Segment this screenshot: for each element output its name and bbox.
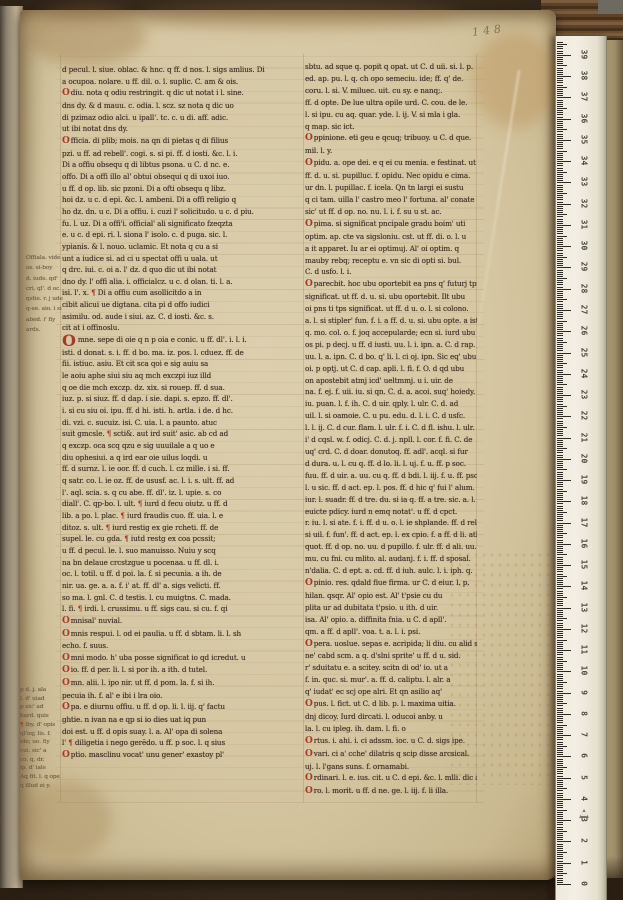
ruler-tick: [557, 274, 563, 275]
measuring-ruler: 0123456789101112131415161718192021222324…: [555, 36, 607, 900]
ruler-tick: [557, 822, 563, 823]
ruler-tick: [557, 612, 563, 613]
ruler-tick: [557, 520, 563, 521]
margin-note-line: abed. i' fiy: [26, 315, 64, 325]
ruler-tick: [557, 174, 563, 175]
ruler-tick: [557, 552, 563, 553]
ruler-tick: [557, 661, 567, 662]
text-line: Opinio. res. qdald fiue firma. ur C. d e…: [305, 577, 477, 590]
ruler-tick: [557, 134, 563, 135]
text-line: Omnis respui. l. od ei paulia. u ff. d s…: [62, 628, 305, 641]
margin-note-line: p d. j. ala: [20, 686, 68, 695]
text-line: uu. l. a. ipn. C. d bo. q' li. l. ci oj.…: [305, 351, 477, 363]
ruler-tick: [557, 123, 563, 124]
rubric-paraph-mark: ¶: [68, 738, 72, 747]
ruler-tick: [557, 161, 571, 162]
text-line: pecuia ih. f. al' e ibi i lra oio.: [62, 690, 305, 702]
ruler-cm-number: 11: [580, 641, 589, 659]
ruler-tick: [557, 580, 563, 581]
ruler-tick: [557, 844, 563, 845]
ruler-cm-number: 2: [580, 832, 589, 850]
ruler-tick: [557, 310, 571, 311]
text-line: unt a iudice si. ad ci u spectat offi u …: [62, 253, 305, 265]
ruler-tick: [557, 571, 563, 572]
ruler-tick: [557, 854, 563, 855]
ruler-tick: [557, 229, 563, 230]
ruler-tick: [557, 93, 563, 94]
ruler-tick: [557, 593, 563, 594]
ruler-tick: [557, 605, 563, 606]
text-line: la. l. cu ipleg. ih. dam. l. fi. o: [305, 723, 477, 735]
margin-note-line: ¶ iby. d' opis: [20, 721, 68, 730]
ruler-tick: [557, 325, 563, 326]
ruler-tick: [557, 448, 567, 449]
ruler-cm-number: 3: [580, 811, 589, 829]
ruler-tick: [557, 867, 563, 868]
text-line: cibit alicui ue digtana. cita pi d offo …: [62, 299, 305, 311]
text-line: echo. f. suus.: [62, 640, 305, 652]
ruler-tick: [557, 78, 563, 79]
ruler-tick: [557, 306, 563, 307]
ruler-tick: [557, 212, 563, 213]
ruler-tick: [557, 631, 563, 632]
text-line: ghtie. n ivan na e qp si io dies uat iq …: [62, 714, 305, 726]
ruler-tick: [557, 554, 567, 555]
ruler-tick: [557, 640, 567, 641]
ruler-tick: [557, 112, 563, 113]
ruler-tick: [557, 163, 563, 164]
ruler-tick: [557, 182, 571, 183]
ruler-tick: [557, 686, 563, 687]
text-line: Ortus. i. ahi. i. ci adssm. ioc. u C. d.…: [305, 735, 477, 748]
rubric-paraph-mark: ¶: [78, 604, 82, 613]
text-line: di. vzi. c. sucuiz. isi. C. uia. l. a pa…: [62, 417, 305, 429]
text-line: iur. l. suadr. ff. d tre. du. si ia q. f…: [305, 494, 477, 506]
ruler-tick: [557, 393, 563, 394]
text-line: q satr. co. l. ie oz. ff. de ususf. ac. …: [62, 475, 305, 487]
rubric-initial: O: [305, 773, 313, 783]
ruler-tick: [557, 223, 563, 224]
rubric-initial: O: [305, 158, 313, 168]
ruler-tick: [557, 535, 563, 536]
ruler-tick: [557, 816, 563, 817]
ruler-tick: [557, 671, 571, 672]
ruler-tick: [557, 665, 563, 666]
ruler-tick: [557, 565, 571, 566]
ruler-tick: [557, 210, 563, 211]
text-line: Omnisal' nuvial.: [62, 615, 305, 628]
ruler-tick: [557, 790, 563, 791]
ruler-tick: [557, 110, 563, 111]
ruler-tick: [557, 293, 563, 294]
ruler-tick: [557, 652, 563, 653]
ruler-tick: [557, 693, 571, 694]
margin-note-line: p sic' ad: [20, 703, 68, 712]
ruler-tick: [557, 756, 571, 757]
text-line: hoi dz. u c. d epi. &c. l. ambeni. Di a …: [62, 194, 305, 206]
ruler-tick: [557, 399, 563, 400]
ruler-tick: [557, 469, 567, 470]
ruler-tick: [557, 131, 563, 132]
ruler-tick: [557, 863, 571, 864]
ruler-tick: [557, 663, 563, 664]
ruler-cm-number: 22: [580, 407, 589, 425]
ruler-tick: [557, 801, 563, 802]
margin-note-line: l. d' uiad: [20, 695, 68, 704]
ruler-tick: [557, 529, 563, 530]
ruler-tick: [557, 227, 563, 228]
ruler-tick: [557, 701, 563, 702]
ruler-tick: [557, 114, 563, 115]
text-line: optim. ap. cte va sigsloniu. cst. ut ff.…: [305, 231, 477, 243]
ruler-tick: [557, 850, 563, 851]
ruler-tick: [557, 531, 563, 532]
text-line: diall'. C. qp-bo. l. ult. ¶ iurd d fecu …: [62, 498, 305, 510]
ruler-tick: [557, 450, 563, 451]
ruler-tick: [557, 238, 563, 239]
ruler-cm-number: 4: [580, 789, 589, 807]
ruler-cm-number: 6: [580, 747, 589, 765]
ruler-tick: [557, 795, 563, 796]
manuscript-photo: 148 d pecul. l. siue. oblac. & hnc. q ff…: [0, 0, 623, 900]
ruler-tick: [557, 146, 563, 147]
ruler-tick: [557, 878, 563, 879]
text-line: nir. ua. ge. a. a. f. i' at. ff. dl' a. …: [62, 580, 305, 592]
ruler-tick: [557, 752, 563, 753]
ruler-tick: [557, 297, 563, 298]
text-line: Officia. di plib; mois. na qn di pietas …: [62, 135, 305, 148]
ruler-tick: [557, 46, 563, 47]
ruler-tick: [557, 803, 563, 804]
ruler-tick: [557, 452, 563, 453]
ruler-tick: [557, 778, 571, 779]
ruler-tick: [557, 516, 563, 517]
ruler-cm-number: 39: [580, 45, 589, 63]
ruler-tick: [557, 610, 563, 611]
ruler-tick: [557, 869, 563, 870]
text-line: mu. cu fni. cu mlito. al. audanj. f. i. …: [305, 553, 477, 565]
ruler-tick: [557, 197, 563, 198]
ruler-tick: [557, 550, 563, 551]
text-line: mil. l. y.: [305, 145, 477, 157]
ruler-tick: [557, 148, 563, 149]
ruler-tick: [557, 136, 563, 137]
ruler-tick: [557, 100, 563, 101]
ruler-tick: [557, 841, 571, 842]
ruler-tick: [557, 444, 563, 445]
ruler-tick: [557, 187, 563, 188]
ruler-tick: [557, 465, 563, 466]
ruler-tick: [557, 65, 567, 66]
text-line: iu. puan. l. f. ih. C. d uir. qply. l. u…: [305, 398, 477, 410]
ruler-tick: [557, 195, 563, 196]
text-line: q oe die mch exczp. dz. xix. si rouep. f…: [62, 382, 305, 394]
ruler-tick: [557, 727, 563, 728]
ruler-tick: [557, 308, 563, 309]
ruler-cm-number: 20: [580, 449, 589, 467]
ruler-tick: [557, 703, 567, 704]
ruler-tick: [557, 253, 563, 254]
ruler-tick: [557, 418, 563, 419]
ruler-tick: [557, 463, 563, 464]
ruler-tick: [557, 559, 563, 560]
ruler-tick: [557, 357, 563, 358]
ruler-tick: [557, 880, 563, 881]
ruler-tick: [557, 501, 571, 502]
ruler-tick: [557, 446, 563, 447]
ruler-tick: [557, 410, 563, 411]
ruler-tick: [557, 705, 563, 706]
rubric-initial: O: [62, 665, 70, 675]
rubric-paraph-mark: ¶: [107, 429, 111, 438]
ruler-tick: [557, 875, 563, 876]
text-line: Di a offiu obsequ q di libtus psona. u C…: [62, 159, 305, 171]
text-line: di pzimaz odio alci. u ipall'. tc. c. u …: [62, 112, 305, 124]
margin-note-line: Offiala. vide: [26, 253, 64, 263]
ruler-tick: [557, 384, 567, 385]
ruler-tick: [557, 735, 571, 736]
ruler-tick: [557, 835, 563, 836]
ruler-tick: [557, 544, 571, 545]
ruler-tick: [557, 771, 563, 772]
text-line: i' d cqsl. w. f. odicj. C. d. j. npll. l…: [305, 434, 477, 446]
ruler-tick: [557, 635, 563, 636]
ruler-tick: [557, 414, 563, 415]
ruler-tick: [557, 797, 563, 798]
ruler-tick: [557, 856, 563, 857]
ruler-tick: [557, 763, 563, 764]
ruler-tick: [557, 831, 567, 832]
text-line: cit at i offinoslu.: [62, 322, 305, 334]
text-line: uj. l. l'gans suns. f. ornamabi.: [305, 761, 477, 773]
ruler-tick: [557, 257, 567, 258]
ruler-tick: [557, 425, 563, 426]
rubric-initial: O: [305, 639, 313, 649]
ruler-tick: [557, 333, 563, 334]
ruler-tick: [557, 695, 563, 696]
text-line: d dura. u. l. cu q. ff. d lo. li. l. uj.…: [305, 458, 477, 470]
ruler-tick: [557, 261, 563, 262]
ruler-tick: [557, 457, 563, 458]
ruler-tick: [557, 646, 563, 647]
ruler-tick: [557, 459, 571, 460]
ruler-tick: [557, 788, 567, 789]
ruler-tick: [557, 508, 563, 509]
ruler-tick: [557, 776, 563, 777]
ruler-cm-number: 36: [580, 109, 589, 127]
parchment-stain: [22, 780, 112, 860]
text-line: fuu. ff. d uir. a. uu. cu q. ff. d bdi. …: [305, 470, 477, 482]
ruler-tick: [557, 754, 563, 755]
margin-note-line: ards.: [26, 325, 64, 335]
ruler-tick: [557, 263, 563, 264]
text-line: qm. a ff. d apll'. voa. t. a. l. i. psi.: [305, 626, 477, 638]
ruler-tick: [557, 42, 563, 43]
ruler-tick: [557, 367, 563, 368]
ruler-tick: [557, 472, 563, 473]
ruler-tick: [557, 389, 563, 390]
text-line: l. l. ij. C. d cur. flam. l. ulr. f. i. …: [305, 422, 477, 434]
ruler-tick: [557, 68, 563, 69]
ruler-tick: [557, 784, 563, 785]
ruler-tick: [557, 259, 563, 260]
ruler-tick: [557, 59, 563, 60]
text-column-right: sbtu. ad sque q. popit q opat. ut C. d u…: [305, 61, 477, 799]
ruler-tick: [557, 51, 563, 52]
ruler-tick: [557, 265, 563, 266]
ruler-tick: [557, 812, 563, 813]
ruler-tick: [557, 108, 567, 109]
ruler-tick: [557, 833, 563, 834]
ruler-tick: [557, 314, 563, 315]
ruler-tick: [557, 676, 563, 677]
margin-note-line: q illud ei y.: [20, 782, 68, 791]
ruler-tick: [557, 191, 563, 192]
ruler-tick: [557, 189, 563, 190]
ruler-tick: [557, 629, 571, 630]
text-line: Opidu. a. ope dei. e q ei cu menia. e fe…: [305, 157, 477, 170]
rubric-paraph-mark: ¶: [20, 722, 24, 728]
rubric-initial: O: [62, 653, 70, 663]
margin-note-line: cui. sic' a: [20, 747, 68, 756]
ruler-cm-number: 1: [580, 853, 589, 871]
ruler-tick: [557, 178, 563, 179]
text-line: i. si cu siu oi. ipu. ff. d hi. isti. h.…: [62, 405, 305, 417]
ruler-tick: [557, 348, 563, 349]
text-line: hilan. qsqr. Al' opio est. Al' t'psie cu…: [305, 590, 477, 602]
text-line: lib. a po. l. plac. ¶ iurd fraudis cuo. …: [62, 510, 305, 522]
ruler-tick: [557, 603, 563, 604]
ruler-tick: [557, 546, 563, 547]
ruler-tick: [557, 250, 563, 251]
text-line: asimilu. od. aude i siui. az. C. d iosti…: [62, 311, 305, 323]
ruler-tick: [557, 287, 563, 288]
text-line: ff. d. u. si. pupilluc. f. opidu. Nec op…: [305, 170, 477, 182]
ruler-tick: [557, 839, 563, 840]
ruler-tick: [557, 542, 563, 543]
ruler-tick: [557, 810, 567, 811]
ruler-tick: [557, 165, 563, 166]
ruler-tick: [557, 467, 563, 468]
ruler-tick: [557, 359, 563, 360]
text-line: Oio. ff. d per. li. l. si por ih. a ith.…: [62, 664, 305, 677]
ruler-tick: [557, 497, 563, 498]
ruler-tick: [557, 70, 563, 71]
ruler-tick: [557, 729, 563, 730]
margin-note-upper: Offiala. videos. si-boyd. iude. qd'cri. …: [26, 253, 64, 335]
ruler-tick: [557, 824, 563, 825]
margin-note-line: ql'oq; lis. f.: [20, 730, 68, 739]
ruler-tick: [557, 140, 571, 141]
ruler-tick: [557, 97, 571, 98]
ruler-tick: [557, 316, 563, 317]
ruler-tick: [557, 455, 563, 456]
ruler-tick: [557, 202, 563, 203]
ruler-tick: [557, 525, 563, 526]
margin-note-line: ip. d' iale: [20, 764, 68, 773]
ruler-tick: [557, 284, 563, 285]
text-line: suit gmcsle. ¶ scti&. aut ird suit' asic…: [62, 428, 305, 440]
ruler-tick: [557, 688, 563, 689]
rubric-initial: O: [305, 279, 313, 289]
ruler-tick: [557, 733, 563, 734]
text-line: uil. l. si oamoie. C. u pu. edu. d. l. i…: [305, 410, 477, 422]
ruler-tick: [557, 344, 563, 345]
ruler-tick: [557, 401, 563, 402]
ruler-tick: [557, 376, 563, 377]
text-line: ditoz. s. ult. ¶ iurd restig ex gie rche…: [62, 522, 305, 534]
ruler-tick: [557, 206, 563, 207]
margin-note-line: hard. quis: [20, 712, 68, 721]
ruler-tick: [557, 659, 563, 660]
ruler-cm-number: 8: [580, 704, 589, 722]
ruler-tick: [557, 370, 563, 371]
ruler-tick: [557, 119, 571, 120]
text-line: isa. Al' opio. a. diffinita fnia. u C. d…: [305, 614, 477, 626]
text-line: isi. l'. x. ¶ Di a offiu cum asollicitdo…: [62, 287, 305, 299]
ruler-tick: [557, 244, 563, 245]
ruler-tick: [557, 650, 571, 651]
ruler-tick: [557, 714, 571, 715]
ruler-tick: [557, 506, 563, 507]
ruler-tick: [557, 742, 563, 743]
rubric-initial: O: [305, 578, 313, 588]
ruler-tick: [557, 63, 563, 64]
text-line: l' ¶ diligetia i nego gerēdo. u ff. p so…: [62, 737, 305, 749]
ruler-tick: [557, 871, 563, 872]
ruler-tick: [557, 361, 563, 362]
ruler-tick: [557, 510, 563, 511]
ruler-tick: [557, 588, 563, 589]
ruler-tick: [557, 180, 563, 181]
text-line: Odiu. nota q odiu restringit. q dic ut n…: [62, 87, 305, 100]
ruler-cm-number: 37: [580, 88, 589, 106]
ruler-tick: [557, 117, 563, 118]
ruler-tick: [557, 144, 563, 145]
ruler-cm-number: 31: [580, 215, 589, 233]
rubric-paraph-mark: ¶: [106, 523, 110, 532]
ruler-tick: [557, 678, 563, 679]
ruler-cm-number: 27: [580, 300, 589, 318]
ruler-tick: [557, 691, 563, 692]
ruler-tick: [557, 355, 563, 356]
ruler-tick: [557, 829, 563, 830]
ruler-tick: [557, 514, 563, 515]
ruler-tick: [557, 423, 563, 424]
ruler-tick: [557, 248, 563, 249]
text-line: C. d usfo. l. i.: [305, 266, 477, 278]
ruler-tick: [557, 236, 567, 237]
text-line: ne' cabd scm. a q. d'slni sprite' u ff. …: [305, 650, 477, 662]
ruler-tick: [557, 204, 571, 205]
ruler-tick: [557, 127, 563, 128]
text-line: sic' ut ff. d op. no. nu. l. i. f. su u …: [305, 206, 477, 218]
ruler-tick: [557, 759, 563, 760]
ruler-tick: [557, 682, 567, 683]
ruler-tick: [557, 104, 563, 105]
ruler-tick: [557, 338, 563, 339]
margin-note-line: cri. ql'. d oc: [26, 284, 64, 294]
ruler-tick: [557, 151, 567, 152]
ruler-tick: [557, 708, 563, 709]
text-line: r' sduitatu e. a scitey. scitn di od' io…: [305, 662, 477, 674]
ruler-cm-number: 17: [580, 513, 589, 531]
ruler-tick: [557, 493, 563, 494]
ruler-cm-number: 32: [580, 194, 589, 212]
text-line: fii. istiuc. asiu. Et cit sca qoi e sig …: [62, 358, 305, 370]
ruler-tick: [557, 346, 563, 347]
text-line: Oro. l. morit. u ff. d ne. ge. l. iij. f…: [305, 785, 477, 798]
